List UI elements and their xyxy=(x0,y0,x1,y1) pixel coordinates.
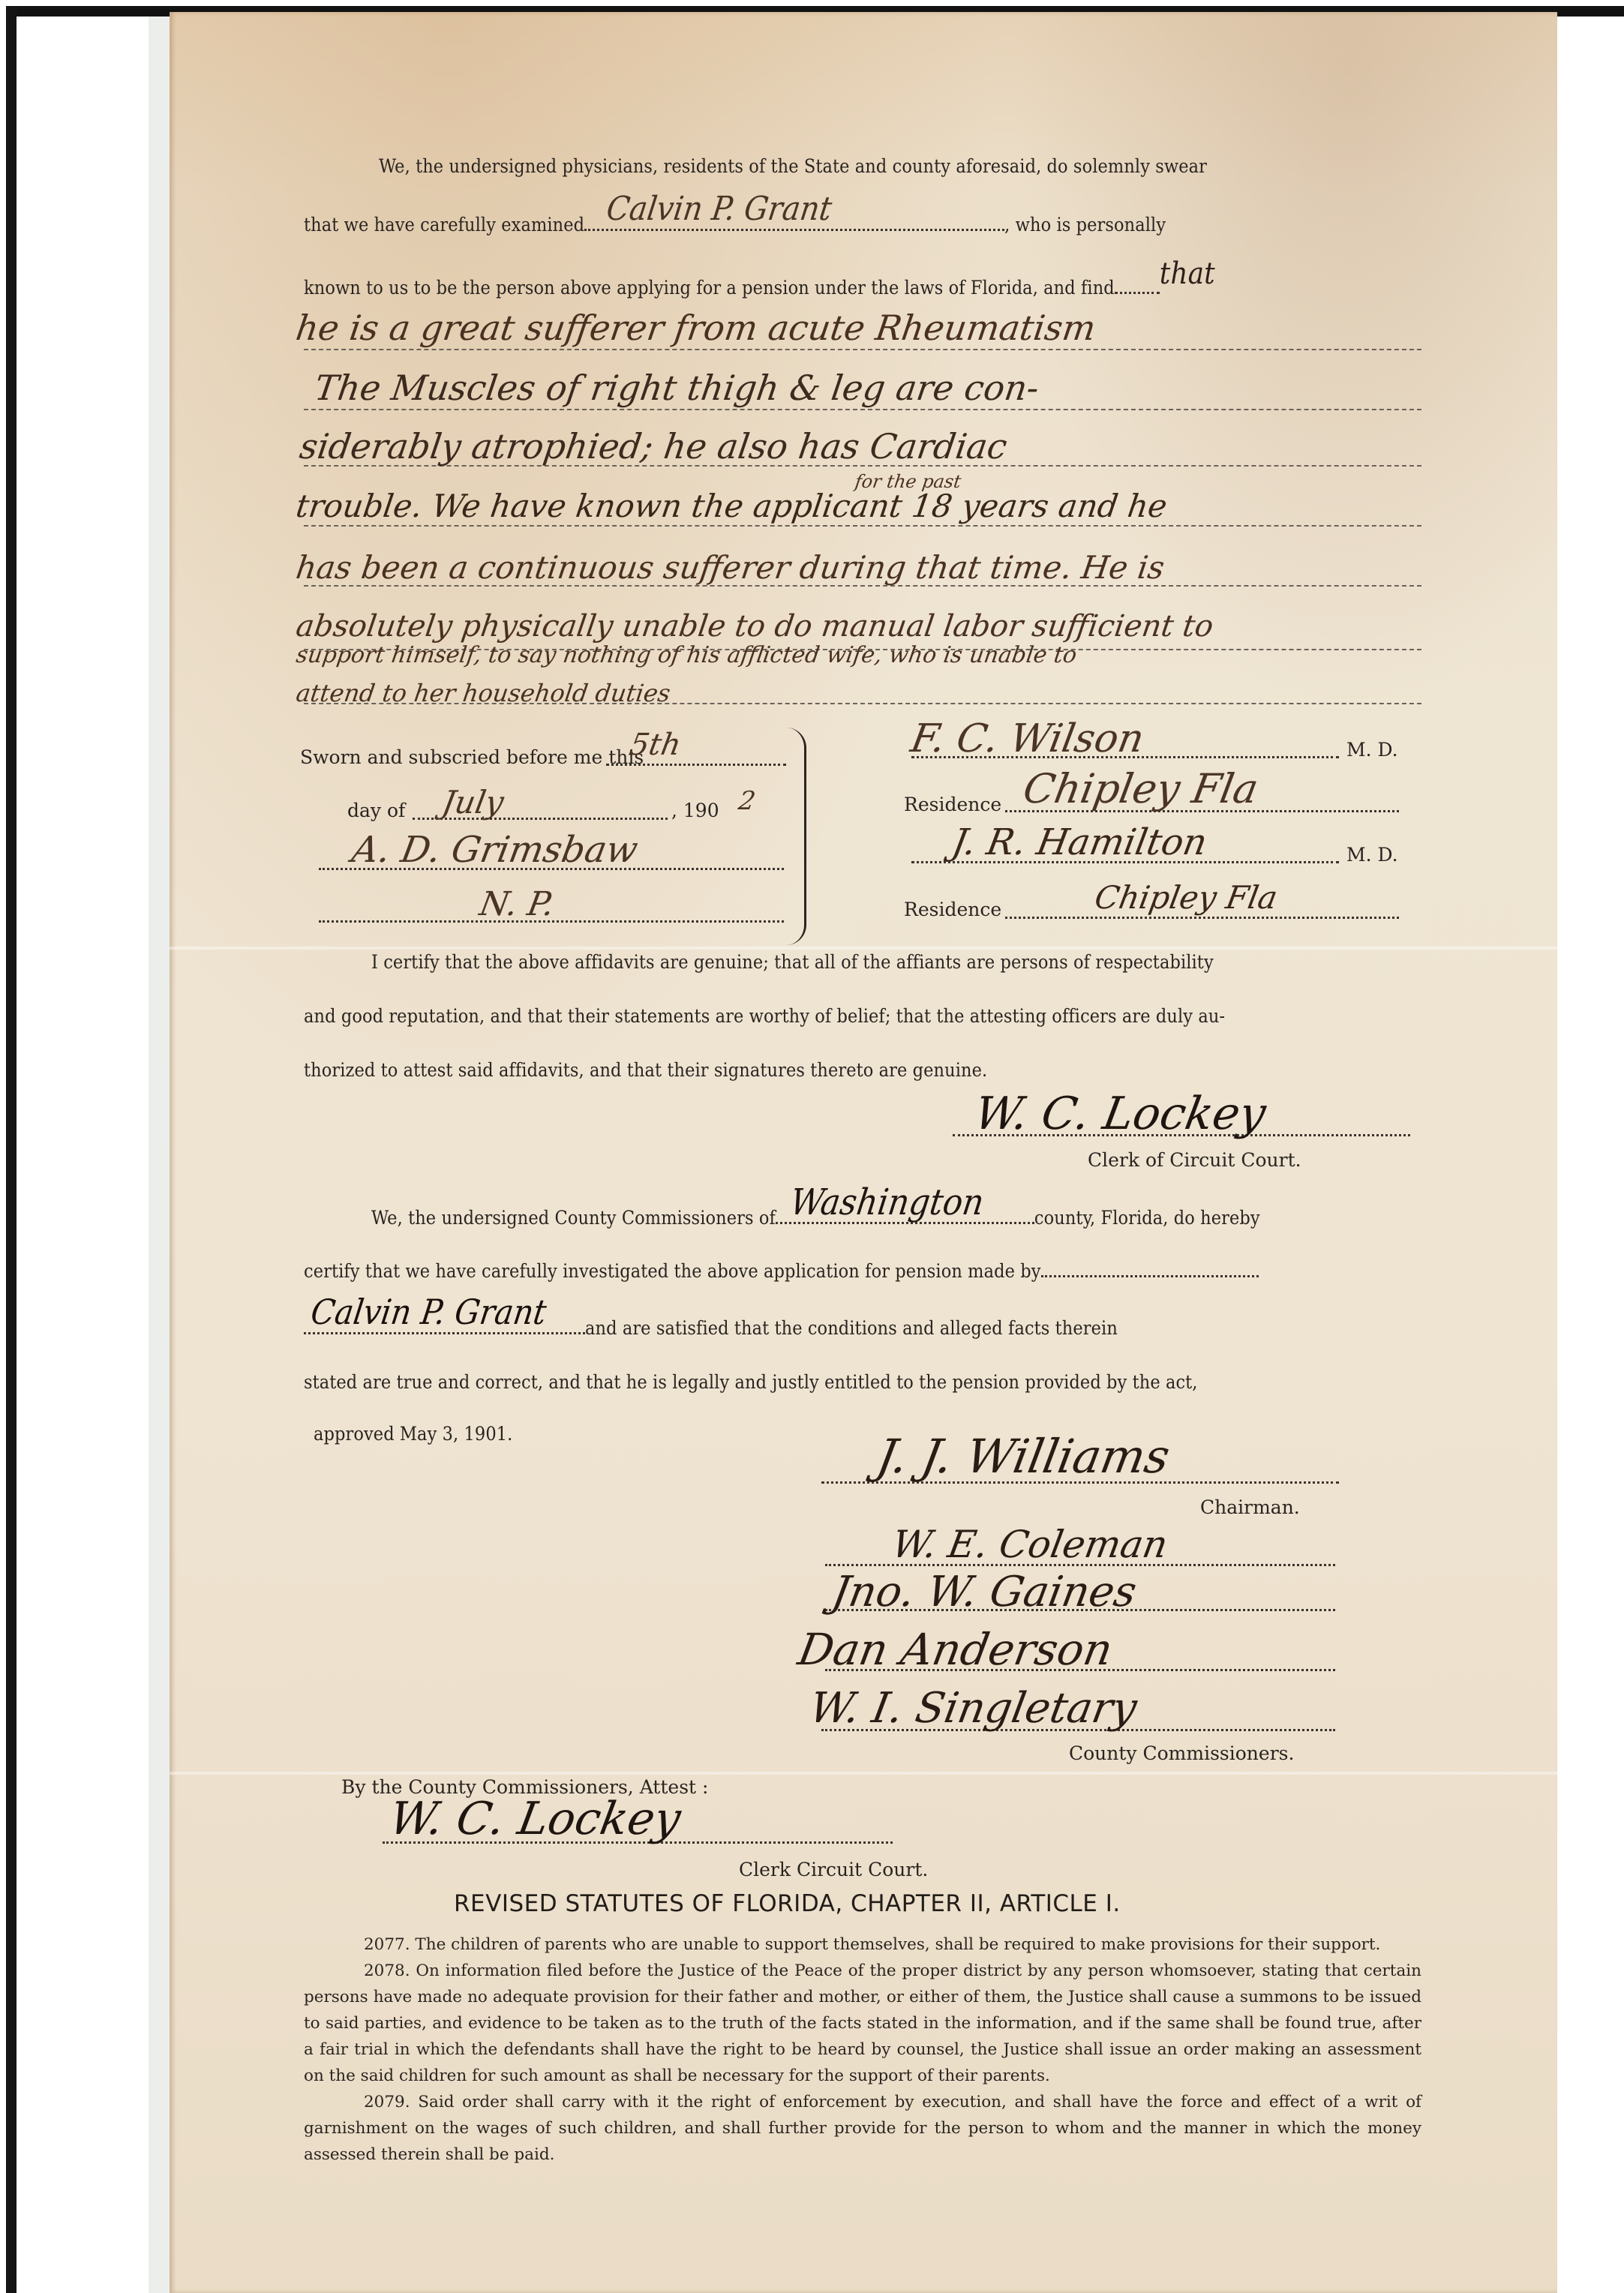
physician-2-md: M. D. xyxy=(1346,844,1398,866)
clerk-title: Clerk of Circuit Court. xyxy=(1088,1149,1301,1171)
sworn-label: Sworn and subscried before me this xyxy=(300,746,644,768)
notary-title-line xyxy=(319,920,784,923)
applicant-trailing-dots xyxy=(1041,1275,1259,1277)
findings-rule xyxy=(304,349,1421,350)
affidavit-line-3: known to us to be the person above apply… xyxy=(304,267,1215,302)
physician-2-signature: J. R. Hamilton xyxy=(949,821,1210,863)
affidavit-line-3-text: known to us to be the person above apply… xyxy=(304,277,1115,299)
finding-line-7: support himself, to say nothing of his a… xyxy=(295,642,1079,668)
chairman-signature: J. J. Williams xyxy=(873,1429,1174,1484)
statute-2078: 2078. On information filed before the Ju… xyxy=(304,1958,1421,2089)
commissioners-line-5: approved May 3, 1901. xyxy=(314,1423,512,1445)
notary-title: N. P. xyxy=(477,885,557,923)
finding-line-5: has been a continuous sufferer during th… xyxy=(294,549,1167,586)
finding-line-2: The Muscles of right thigh & leg are con… xyxy=(312,368,1041,408)
year-prefix: , 190 xyxy=(671,800,719,821)
clerk-cert-line-2: and good reputation, and that their stat… xyxy=(304,1005,1225,1027)
attest-signature: W. C. Lockey xyxy=(386,1793,685,1845)
statutes-body: 2077. The children of parents who are un… xyxy=(304,1931,1421,2168)
clerk-cert-line-3: thorized to attest said affidavits, and … xyxy=(304,1059,987,1081)
attest-title: Clerk Circuit Court. xyxy=(739,1859,928,1880)
examined-name-field: Calvin P. Grant xyxy=(584,212,1004,231)
findings-rule xyxy=(304,409,1421,410)
statute-2079-text: 2079. Said order shall carry with it the… xyxy=(304,2093,1421,2164)
scan-margin-right xyxy=(1557,18,1624,2293)
physician-2-residence-label: Residence xyxy=(904,899,1001,920)
commissioner-1-signature: W. E. Coleman xyxy=(889,1523,1171,1566)
jurat-brace xyxy=(786,728,806,945)
commissioners-line-1: We, the undersigned County Commissioners… xyxy=(371,1205,1260,1229)
physician-1-md: M. D. xyxy=(1346,739,1398,761)
commissioners-line-2-text: certify that we have carefully investiga… xyxy=(304,1260,1041,1282)
statute-2078-text: 2078. On information filed before the Ju… xyxy=(304,1961,1421,2085)
paper-fold xyxy=(170,1771,1557,1775)
commissioner-2-signature: Jno. W. Gaines xyxy=(828,1568,1140,1616)
commissioners-title: County Commissioners. xyxy=(1069,1742,1294,1764)
affidavit-line-2: that we have carefully examinedCalvin P.… xyxy=(304,212,1166,236)
applicant-field: Calvin P. Grant xyxy=(304,1316,585,1334)
month-handwritten: July xyxy=(440,784,507,821)
county-field: Washington xyxy=(776,1205,1034,1224)
paper-fold xyxy=(170,946,1557,950)
affidavit-line-2-suffix: , who is personally xyxy=(1004,214,1166,236)
finding-line-1: he is a great sufferer from acute Rheuma… xyxy=(293,308,1098,348)
commissioner-3-signature: Dan Anderson xyxy=(794,1624,1116,1675)
commissioners-line-2: certify that we have carefully investiga… xyxy=(304,1260,1259,1282)
county-handwritten: Washington xyxy=(788,1181,986,1223)
scan-border-left xyxy=(6,6,17,2293)
day-of-label: day of xyxy=(347,800,405,821)
physician-2-residence-field xyxy=(1005,917,1399,919)
finding-line-8: attend to her household duties xyxy=(294,679,672,707)
find-dots xyxy=(1115,292,1160,294)
scan-shadow-strip xyxy=(149,17,170,2293)
sworn-day-handwritten: 5th xyxy=(627,728,683,762)
finding-line-6: absolutely physically unable to do manua… xyxy=(294,609,1216,644)
physician-2-residence: Chipley Fla xyxy=(1092,879,1280,916)
sworn-day-field xyxy=(606,764,786,766)
commissioners-line-1-prefix: We, the undersigned County Commissioners… xyxy=(371,1207,776,1229)
notary-signature: A. D. Grimsbaw xyxy=(349,829,641,871)
commissioners-line-3-suffix: and are satisfied that the conditions an… xyxy=(585,1317,1118,1339)
statute-2077: 2077. The children of parents who are un… xyxy=(304,1931,1421,1958)
findings-rule xyxy=(304,525,1421,527)
clerk-cert-line-1: I certify that the above affidavits are … xyxy=(371,951,1214,973)
find-handwritten: that xyxy=(1160,257,1215,291)
applicant-handwritten: Calvin P. Grant xyxy=(308,1292,549,1332)
affidavit-line-1: We, the undersigned physicians, resident… xyxy=(379,155,1207,177)
finding-line-4: trouble. We have known the applicant 18 … xyxy=(294,488,1169,524)
commissioner-4-signature: W. I. Singletary xyxy=(806,1684,1140,1733)
scan-margin xyxy=(17,17,152,2293)
examined-name-handwritten: Calvin P. Grant xyxy=(605,190,835,228)
finding-line-3: siderably atrophied; he also has Cardiac xyxy=(297,426,1010,467)
affidavit-line-2-prefix: that we have carefully examined xyxy=(304,214,584,236)
chairman-title: Chairman. xyxy=(1200,1496,1300,1518)
physician-1-residence-label: Residence xyxy=(904,794,1001,815)
statute-2079: 2079. Said order shall carry with it the… xyxy=(304,2089,1421,2168)
statute-2077-text: 2077. The children of parents who are un… xyxy=(364,1935,1380,1954)
commissioners-line-1-suffix: county, Florida, do hereby xyxy=(1034,1207,1260,1229)
clerk-signature: W. C. Lockey xyxy=(971,1088,1270,1140)
commissioners-line-3: Calvin P. Grantand are satisfied that th… xyxy=(304,1316,1118,1339)
commissioners-line-4: stated are true and correct, and that he… xyxy=(304,1371,1198,1393)
physician-1-signature: F. C. Wilson xyxy=(908,716,1148,761)
physician-1-residence: Chipley Fla xyxy=(1019,765,1262,812)
statutes-title: REVISED STATUTES OF FLORIDA, CHAPTER II,… xyxy=(454,1890,1121,1917)
